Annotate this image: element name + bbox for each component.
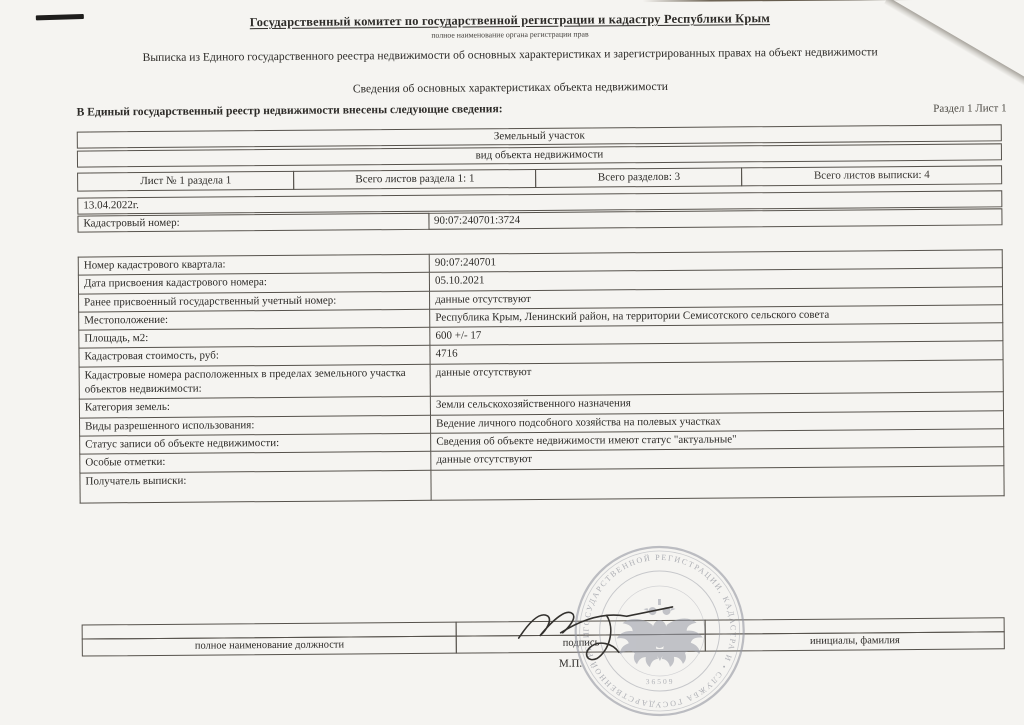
signature-caption-position: полное наименование должности bbox=[82, 636, 457, 657]
cadastral-number-value: 90:07:240701:3724 bbox=[428, 208, 1003, 230]
header-cell: Лист № 1 раздела 1 bbox=[77, 171, 294, 192]
table-row: Получатель выписки: bbox=[80, 465, 1004, 502]
row-label: Получатель выписки: bbox=[80, 470, 431, 503]
section-sheet-label: Раздел 1 Лист 1 bbox=[933, 102, 1006, 115]
row-value bbox=[431, 465, 1004, 499]
document-subtitle: Сведения об основных характеристиках объ… bbox=[0, 77, 1022, 98]
details-block: Номер кадастрового квартала:90:07:240701… bbox=[78, 249, 1005, 503]
date-cadastral-block: 13.04.2022г. Кадастровый номер: 90:07:24… bbox=[77, 190, 1002, 232]
header-cell: Всего листов выписки: 4 bbox=[742, 165, 1003, 186]
handwritten-signature bbox=[510, 585, 686, 671]
details-table: Номер кадастрового квартала:90:07:240701… bbox=[78, 249, 1005, 503]
intro-statement: В Единый государственный реестр недвижим… bbox=[77, 102, 503, 118]
stamp-number: 36509 bbox=[646, 677, 675, 686]
signature-caption-name: инициалы, фамилия bbox=[705, 631, 1005, 651]
scan-edge-strip bbox=[643, 0, 915, 2]
registering-authority-text: Государственный комитет по государственн… bbox=[250, 11, 770, 29]
document-title: Выписка из Единого государственного реес… bbox=[58, 45, 962, 65]
header-cell: Всего разделов: 3 bbox=[535, 167, 742, 188]
document-sheet: Государственный комитет по государственн… bbox=[0, 0, 1024, 725]
row-label: Кадастровые номера расположенных в преде… bbox=[79, 364, 430, 399]
scanned-document-page: Государственный комитет по государственн… bbox=[0, 0, 1024, 725]
object-type-block: Земельный участок вид объекта недвижимос… bbox=[77, 124, 1002, 191]
cadastral-number-label: Кадастровый номер: bbox=[77, 213, 429, 233]
sheet-info-row: Лист № 1 раздела 1Всего листов раздела 1… bbox=[77, 165, 1002, 191]
row-value: данные отсутствуют bbox=[430, 360, 1003, 397]
header-cell: Всего листов раздела 1: 1 bbox=[293, 169, 536, 190]
